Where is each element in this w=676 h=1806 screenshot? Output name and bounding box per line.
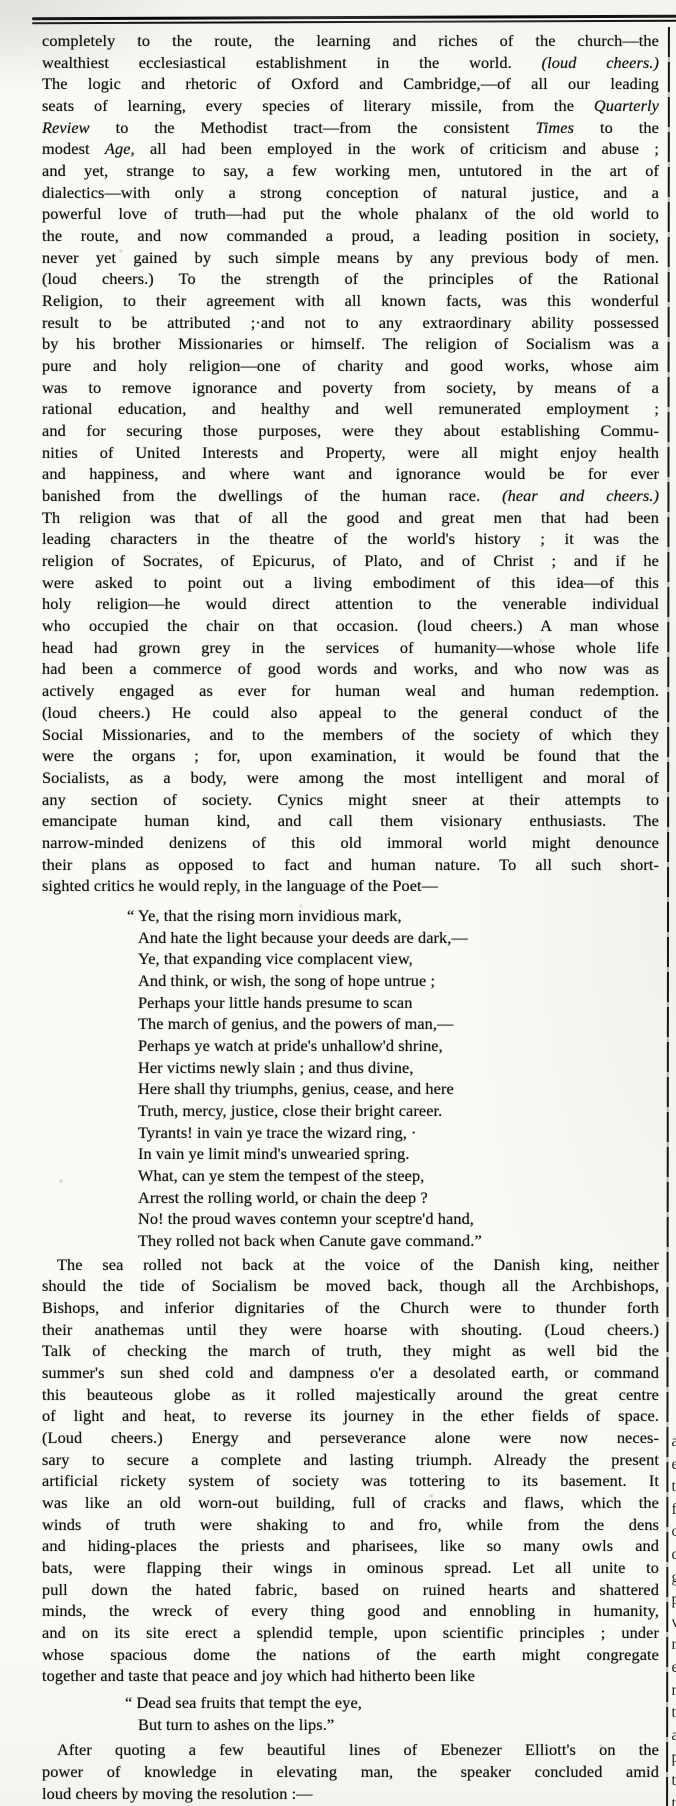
text-line: dialectics—with only a strong conception…: [42, 182, 659, 204]
text-line: pure and holy religion—one of charity an…: [42, 355, 659, 377]
text-segment: powerful love of truth—had put the whole…: [42, 204, 659, 223]
text-segment: their plans as opposed to fact and human…: [42, 855, 659, 874]
edge-letter-fragment: g: [672, 1570, 676, 1586]
text-segment: The sea rolled not back at the voice of …: [57, 1255, 659, 1274]
text-segment: bats, were flapping their wings in omino…: [42, 1558, 659, 1577]
text-line: pull down the hated fabric, based on rui…: [42, 1579, 659, 1601]
text-segment: and on its site erect a splendid temple,…: [42, 1623, 659, 1642]
text-line: Socialists, as a body, were among the mo…: [42, 767, 659, 789]
text-line: bats, were flapping their wings in omino…: [42, 1557, 659, 1579]
text-segment: After quoting a few beautiful lines of E…: [57, 1740, 659, 1759]
text-line: narrow-minded denizens of this old immor…: [42, 832, 659, 854]
edge-letter-fragment: p: [672, 1750, 676, 1766]
text-segment: and hiding-places the priests and pharis…: [42, 1536, 659, 1555]
text-line: head had grown grey in the services of h…: [42, 637, 659, 659]
text-segment: (Loud cheers.) Energy and perseverance a…: [42, 1428, 659, 1447]
text-segment: Talk of checking the march of truth, the…: [42, 1341, 659, 1360]
text-line: any section of society. Cynics might sne…: [42, 789, 659, 811]
text-segment: of light and heat, to reverse its journe…: [42, 1406, 659, 1425]
text-segment: any section of society. Cynics might sne…: [42, 790, 659, 809]
text-line: powerful love of truth—had put the whole…: [42, 203, 659, 225]
text-segment: summer's sun shed cold and dampness o'er…: [42, 1363, 659, 1382]
text-segment: wealthiest ecclesiastical establishment …: [42, 53, 542, 72]
text-line: Religion, to their agreement with all kn…: [42, 290, 659, 312]
text-segment: seats of learning, every species of lite…: [42, 96, 594, 115]
text-line: But turn to ashes on the lips.”: [42, 1714, 659, 1736]
text-line: wealthiest ecclesiastical establishment …: [42, 52, 659, 74]
text-line: And think, or wish, the song of hope unt…: [42, 970, 659, 992]
text-line: loud cheers by moving the resolution :—: [42, 1783, 659, 1805]
text-line: result to be attributed ;·and not to any…: [42, 312, 659, 334]
text-segment: should the tide of Socialism be moved ba…: [42, 1276, 659, 1295]
text-line: minds, the wreck of every thing good and…: [42, 1600, 659, 1622]
poem-quotation: “ Ye, that the rising morn invidious mar…: [42, 905, 659, 1252]
text-segment: Socialists, as a body, were among the mo…: [42, 768, 659, 787]
text-line: In vain ye limit mind's unwearied spring…: [42, 1143, 659, 1165]
text-line: Perhaps your little hands presume to sca…: [42, 992, 659, 1014]
text-segment: winds of truth were shaking to and fro, …: [42, 1515, 659, 1534]
text-segment: rational education, and healthy and well…: [42, 399, 659, 418]
text-line: (loud cheers.) To the strength of the pr…: [42, 268, 659, 290]
edge-letter-fragment: a: [672, 1728, 676, 1744]
text-segment: to the: [574, 118, 659, 137]
text-segment: (loud cheers.) He could also appeal to t…: [42, 703, 659, 722]
top-rule-lower-line: [32, 20, 676, 24]
text-line: summer's sun shed cold and dampness o'er…: [42, 1362, 659, 1384]
edge-letter-fragment: n: [672, 1683, 676, 1699]
text-segment: Social Missionaries, and to the members …: [42, 725, 659, 744]
text-segment: Truth, mercy, justice, close their brigh…: [138, 1101, 442, 1120]
text-line: nities of United Interests and Property,…: [42, 442, 659, 464]
text-segment: Ye, that expanding vice complacent view,: [138, 949, 413, 968]
text-line: modest Age, all had been employed in the…: [42, 138, 659, 160]
text-line: was like an old worn-out building, full …: [42, 1492, 659, 1514]
text-line: their anathemas until they were hoarse w…: [42, 1319, 659, 1341]
text-segment: Religion, to their agreement with all kn…: [42, 291, 659, 310]
text-line: religion of Socrates, of Epicurus, of Pl…: [42, 550, 659, 572]
text-line: power of knowledge in elevating man, the…: [42, 1761, 659, 1783]
text-line: this beauteous globe as it rolled majest…: [42, 1384, 659, 1406]
scan-speckles: [0, 0, 2, 2]
edge-letter-fragment: e: [672, 1660, 676, 1676]
edge-letter-fragment: f: [672, 1502, 676, 1518]
text-segment: by his brother Missionaries or himself. …: [42, 334, 659, 353]
paragraph-sea: The sea rolled not back at the voice of …: [42, 1254, 659, 1687]
text-line: What, can ye stem the tempest of the ste…: [42, 1165, 659, 1187]
text-segment: had been a commerce of good words and wo…: [42, 659, 659, 678]
text-segment: head had grown grey in the services of h…: [42, 638, 659, 657]
text-segment: emancipate human kind, and call them vis…: [42, 811, 659, 830]
text-segment: and happiness, and where want and ignora…: [42, 464, 659, 483]
text-line: was to remove ignorance and poverty from…: [42, 377, 659, 399]
text-line: emancipate human kind, and call them vis…: [42, 810, 659, 832]
text-line: Social Missionaries, and to the members …: [42, 724, 659, 746]
text-segment: to the Methodist tract—from the consiste…: [90, 118, 536, 137]
text-line: winds of truth were shaking to and fro, …: [42, 1514, 659, 1536]
italic-text-segment: Review: [42, 118, 90, 137]
column-divider-rule: [666, 27, 670, 1806]
text-segment: narrow-minded denizens of this old immor…: [42, 833, 659, 852]
paragraph-closing: After quoting a few beautiful lines of E…: [42, 1739, 659, 1804]
text-segment: Here shall thy triumphs, genius, cease, …: [138, 1079, 454, 1098]
text-segment: was to remove ignorance and poverty from…: [42, 378, 659, 397]
text-line: Talk of checking the march of truth, the…: [42, 1340, 659, 1362]
text-line: who occupied the chair on that occasion.…: [42, 615, 659, 637]
text-line: Ye, that expanding vice complacent view,: [42, 948, 659, 970]
text-line: of light and heat, to reverse its journe…: [42, 1405, 659, 1427]
text-line: their plans as opposed to fact and human…: [42, 854, 659, 876]
text-segment: actively engaged as ever for human weal …: [42, 681, 659, 700]
edge-letter-fragment: p: [672, 1592, 676, 1608]
text-segment: pure and holy religion—one of charity an…: [42, 356, 659, 375]
text-line: the route, and now commanded a proud, a …: [42, 225, 659, 247]
text-segment: Her victims newly slain ; and thus divin…: [138, 1058, 414, 1077]
edge-letter-fragment: o: [672, 1524, 676, 1540]
text-column: completely to the route, the learning an…: [42, 30, 659, 1804]
text-segment: this beauteous globe as it rolled majest…: [42, 1385, 659, 1404]
text-segment: “ Ye, that the rising morn invidious mar…: [127, 906, 402, 925]
text-segment: Perhaps your little hands presume to sca…: [138, 993, 413, 1012]
text-segment: But turn to ashes on the lips.”: [138, 1715, 334, 1734]
text-line: No! the proud waves contemn your sceptre…: [42, 1208, 659, 1230]
text-segment: were asked to point out a living embodim…: [42, 573, 659, 592]
text-line: never yet gained by such simple means by…: [42, 247, 659, 269]
text-line: holy religion—he would direct attention …: [42, 593, 659, 615]
text-line: and for securing those purposes, were th…: [42, 420, 659, 442]
text-segment: (loud cheers.) To the strength of the pr…: [42, 269, 659, 288]
text-line: And hate the light because your deeds ar…: [42, 927, 659, 949]
text-segment: nities of United Interests and Property,…: [42, 443, 659, 462]
text-line: Th religion was that of all the good and…: [42, 507, 659, 529]
text-segment: artificial rickety system of society was…: [42, 1471, 659, 1490]
text-line: and on its site erect a splendid temple,…: [42, 1622, 659, 1644]
text-segment: loud cheers by moving the resolution :—: [42, 1784, 313, 1803]
text-line: and happiness, and where want and ignora…: [42, 463, 659, 485]
edge-letter-fragment: a: [672, 1434, 676, 1450]
text-segment: modest: [42, 139, 105, 158]
text-segment: the route, and now commanded a proud, a …: [42, 226, 659, 245]
text-line: sary to secure a complete and lasting tr…: [42, 1449, 659, 1471]
italic-text-segment: Age,: [105, 139, 135, 158]
text-segment: What, can ye stem the tempest of the ste…: [138, 1166, 424, 1185]
text-segment: They rolled not back when Canute gave co…: [138, 1231, 482, 1250]
text-line: Arrest the rolling world, or chain the d…: [42, 1187, 659, 1209]
text-segment: And hate the light because your deeds ar…: [138, 928, 468, 947]
text-segment: pull down the hated fabric, based on rui…: [42, 1580, 659, 1599]
text-segment: “ Dead sea fruits that tempt the eye,: [125, 1693, 362, 1712]
text-line: rational education, and healthy and well…: [42, 398, 659, 420]
edge-letter-fragment: r: [672, 1637, 676, 1653]
text-line: by his brother Missionaries or himself. …: [42, 333, 659, 355]
text-line: Perhaps ye watch at pride's unhallow'd s…: [42, 1035, 659, 1057]
edge-letter-fragment: t: [672, 1796, 676, 1806]
text-line: sighted critics he would reply, in the l…: [42, 875, 659, 897]
text-line: whose spacious dome the nations of the e…: [42, 1644, 659, 1666]
italic-text-segment: (hear and cheers.): [502, 486, 659, 505]
text-line: Here shall thy triumphs, genius, cease, …: [42, 1078, 659, 1100]
paragraph-main: completely to the route, the learning an…: [42, 30, 659, 897]
text-segment: their anathemas until they were hoarse w…: [42, 1320, 659, 1339]
text-line: banished from the dwellings of the human…: [42, 485, 659, 507]
text-line: “ Ye, that the rising morn invidious mar…: [42, 905, 659, 927]
text-line: They rolled not back when Canute gave co…: [42, 1230, 659, 1252]
text-segment: completely to the route, the learning an…: [42, 31, 659, 50]
text-line: completely to the route, the learning an…: [42, 30, 659, 52]
text-line: were the organs ; for, upon examination,…: [42, 745, 659, 767]
text-line: Review to the Methodist tract—from the c…: [42, 117, 659, 139]
text-segment: Bishops, and inferior dignitaries of the…: [42, 1298, 659, 1317]
text-line: leading characters in the theatre of the…: [42, 528, 659, 550]
text-segment: leading characters in the theatre of the…: [42, 529, 659, 548]
text-line: (Loud cheers.) Energy and perseverance a…: [42, 1427, 659, 1449]
text-segment: result to be attributed ;·and not to any…: [42, 313, 659, 332]
text-segment: Arrest the rolling world, or chain the d…: [138, 1188, 428, 1207]
text-segment: and for securing those purposes, were th…: [42, 421, 659, 440]
scanned-newspaper-page: { "page": { "paper_color": "#fbfaf7", "i…: [0, 0, 676, 1806]
italic-text-segment: Quarterly: [594, 96, 659, 115]
edge-letter-fragment: d: [672, 1547, 676, 1563]
text-line: were asked to point out a living embodim…: [42, 572, 659, 594]
text-line: (loud cheers.) He could also appeal to t…: [42, 702, 659, 724]
text-segment: never yet gained by such simple means by…: [42, 248, 659, 267]
text-segment: all had been employed in the work of cri…: [135, 139, 659, 158]
text-line: and hiding-places the priests and pharis…: [42, 1535, 659, 1557]
text-segment: And think, or wish, the song of hope unt…: [138, 971, 435, 990]
text-segment: dialectics—with only a strong conception…: [42, 183, 659, 202]
text-line: should the tide of Socialism be moved ba…: [42, 1275, 659, 1297]
text-line: Bishops, and inferior dignitaries of the…: [42, 1297, 659, 1319]
adjacent-column-fragments: aetfodgpvrentaptt: [672, 0, 676, 1806]
text-line: The sea rolled not back at the voice of …: [42, 1254, 659, 1276]
dead-sea-quotation: “ Dead sea fruits that tempt the eye,But…: [42, 1692, 659, 1735]
text-line: “ Dead sea fruits that tempt the eye,: [42, 1692, 659, 1714]
text-line: actively engaged as ever for human weal …: [42, 680, 659, 702]
text-line: had been a commerce of good words and wo…: [42, 658, 659, 680]
italic-text-segment: Times: [536, 118, 575, 137]
text-segment: Perhaps ye watch at pride's unhallow'd s…: [138, 1036, 443, 1055]
text-line: After quoting a few beautiful lines of E…: [42, 1739, 659, 1761]
text-segment: together and taste that peace and joy wh…: [42, 1666, 475, 1685]
text-line: Her victims newly slain ; and thus divin…: [42, 1057, 659, 1079]
edge-letter-fragment: t: [672, 1773, 676, 1789]
text-segment: religion of Socrates, of Epicurus, of Pl…: [42, 551, 659, 570]
text-segment: and yet, strange to say, a few working m…: [42, 161, 659, 180]
column-top-double-rule: [32, 15, 676, 27]
text-segment: sighted critics he would reply, in the l…: [42, 876, 438, 895]
text-segment: holy religion—he would direct attention …: [42, 594, 659, 613]
text-line: together and taste that peace and joy wh…: [42, 1665, 659, 1687]
text-segment: power of knowledge in elevating man, the…: [42, 1762, 659, 1781]
text-segment: was like an old worn-out building, full …: [42, 1493, 659, 1512]
text-line: seats of learning, every species of lite…: [42, 95, 659, 117]
text-segment: The march of genius, and the powers of m…: [138, 1014, 453, 1033]
text-line: The march of genius, and the powers of m…: [42, 1013, 659, 1035]
text-line: Tyrants! in vain ye trace the wizard rin…: [42, 1122, 659, 1144]
text-line: and yet, strange to say, a few working m…: [42, 160, 659, 182]
italic-text-segment: (loud cheers.): [542, 53, 659, 72]
text-segment: Th religion was that of all the good and…: [42, 508, 659, 527]
text-segment: No! the proud waves contemn your sceptre…: [138, 1209, 474, 1228]
edge-letter-fragment: t: [672, 1705, 676, 1721]
text-segment: who occupied the chair on that occasion.…: [42, 616, 659, 635]
text-segment: sary to secure a complete and lasting tr…: [42, 1450, 659, 1469]
edge-letter-fragment: v: [672, 1615, 676, 1631]
text-segment: banished from the dwellings of the human…: [42, 486, 502, 505]
edge-letter-fragment: e: [672, 1457, 676, 1473]
text-line: artificial rickety system of society was…: [42, 1470, 659, 1492]
text-segment: minds, the wreck of every thing good and…: [42, 1601, 659, 1620]
text-segment: The logic and rhetoric of Oxford and Cam…: [42, 74, 659, 93]
text-line: Truth, mercy, justice, close their brigh…: [42, 1100, 659, 1122]
text-segment: whose spacious dome the nations of the e…: [42, 1645, 659, 1664]
text-segment: were the organs ; for, upon examination,…: [42, 746, 659, 765]
text-segment: Tyrants! in vain ye trace the wizard rin…: [138, 1123, 417, 1142]
edge-letter-fragment: t: [672, 1479, 676, 1495]
text-segment: In vain ye limit mind's unwearied spring…: [138, 1144, 410, 1163]
text-line: The logic and rhetoric of Oxford and Cam…: [42, 73, 659, 95]
